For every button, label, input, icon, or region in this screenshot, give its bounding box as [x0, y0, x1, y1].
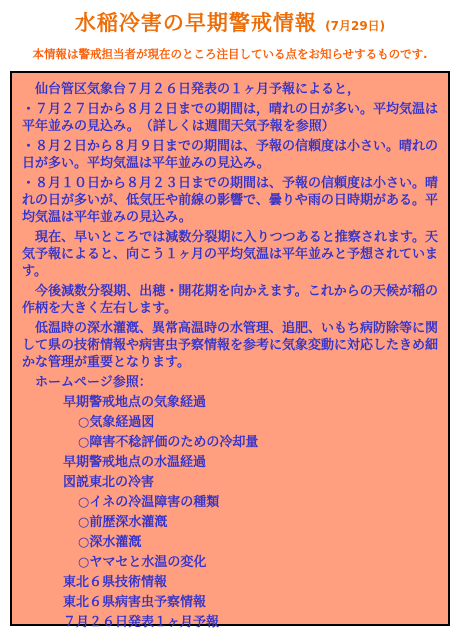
paragraph-current-status: 現在、早いところでは減数分裂期に入りつつあると推察されます。天気予報によると、向…	[22, 229, 438, 280]
link-cooling-amount[interactable]: ○障害不稔評価のための冷却量	[78, 434, 438, 451]
link-tohoku-cold-damage-illustrated[interactable]: 図説東北の冷害	[63, 474, 438, 491]
paragraph-management-advice: 低温時の深水灌漑、異常高温時の水管理、追肥、いもち病防除等に関して県の技術情報や…	[22, 320, 438, 371]
link-tohoku-technical-info[interactable]: 東北６県技術情報	[63, 574, 438, 591]
page-title-text: 水稲冷害の早期警戒情報	[75, 11, 317, 35]
page-title-date: (7月29日)	[325, 19, 385, 33]
forecast-bullet-period-3: ・８月１０日から８月２３日までの期間は、予報の信頼度は小さい。晴れの日が多いが、…	[22, 175, 438, 226]
intro-paragraph: 仙台管区気象台７月２６日発表の１ヶ月予報によると，	[22, 81, 438, 98]
link-weather-progress-chart[interactable]: ○気象経過図	[78, 414, 438, 431]
link-deep-water-irrigation[interactable]: ○深水灌漑	[78, 534, 438, 551]
link-pre-deep-water-irrigation[interactable]: ○前歴深水灌漑	[78, 514, 438, 531]
link-weather-progress[interactable]: 早期警戒地点の気象経過	[63, 394, 438, 411]
link-one-month-forecast[interactable]: ７月２６日発表１ヶ月予報	[63, 614, 438, 631]
page-subtitle: 本情報は警戒担当者が現在のところ注目している点をお知らせするものです.	[0, 47, 460, 61]
link-rice-cold-damage-types[interactable]: ○イネの冷温障害の種類	[78, 494, 438, 511]
forecast-bullet-period-1: ・７月２７日から８月２日までの期間は，晴れの日が多い。平均気温は平年並みの見込み…	[22, 101, 438, 135]
paragraph-outlook: 今後減数分裂期、出穂・開花期を向かえます。これからの天候が稲の作柄を大きく左右し…	[22, 283, 438, 317]
page-title: 水稲冷害の早期警戒情報 (7月29日)	[0, 0, 460, 38]
advisory-box: 仙台管区気象台７月２６日発表の１ヶ月予報によると， ・７月２７日から８月２日まで…	[10, 71, 450, 626]
link-water-temperature-progress[interactable]: 早期警戒地点の水温経過	[63, 454, 438, 471]
forecast-bullet-period-2: ・８月２日から８月９日までの期間は、予報の信頼度は小さい。晴れの日が多い。平均気…	[22, 138, 438, 172]
homepage-reference-heading: ホームページ参照：	[22, 374, 438, 391]
page: 水稲冷害の早期警戒情報 (7月29日) 本情報は警戒担当者が現在のところ注目して…	[0, 0, 460, 640]
link-yamase-water-temperature[interactable]: ○ヤマセと水温の変化	[78, 554, 438, 571]
link-tohoku-pest-forecast-info[interactable]: 東北６県病害虫予察情報	[63, 594, 438, 611]
